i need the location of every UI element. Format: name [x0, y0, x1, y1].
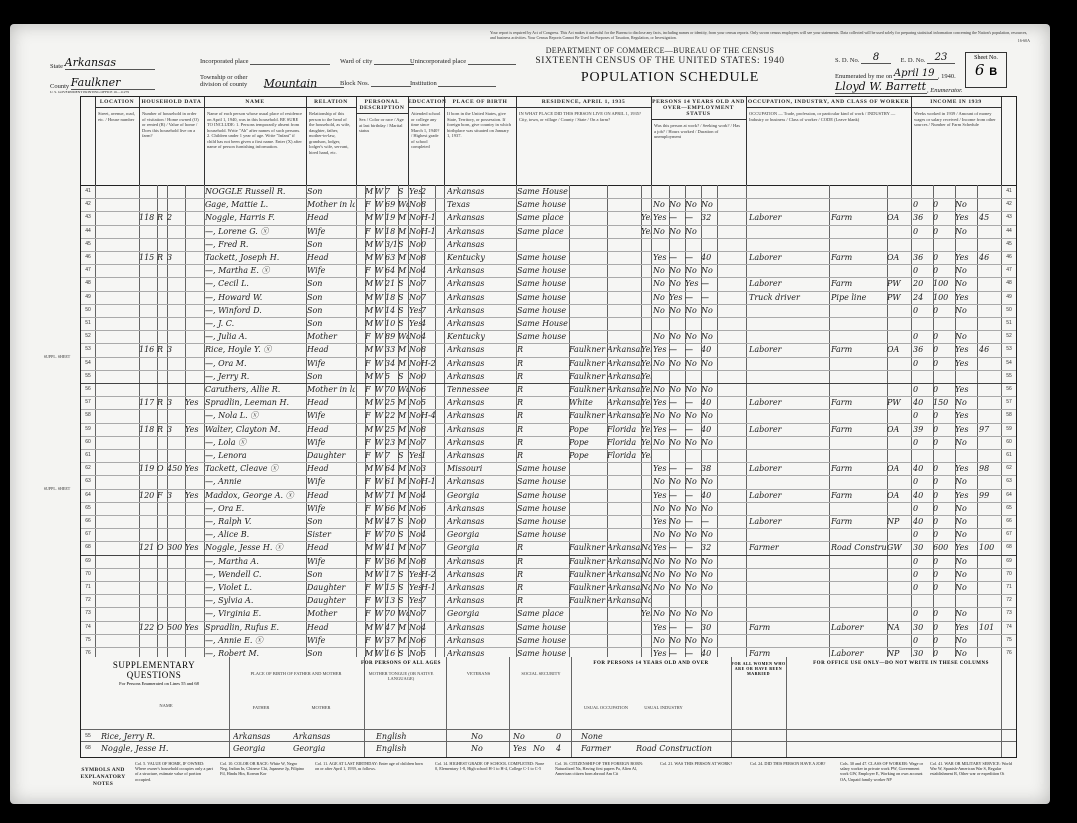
cell-industry [831, 238, 886, 251]
cell-own [157, 581, 167, 594]
cell-school: Yes [409, 581, 421, 594]
cell-other [955, 238, 977, 251]
cell-cls [887, 634, 909, 647]
cell-age: 36 [385, 555, 398, 568]
cell-age: 22 [385, 409, 398, 422]
cell-res-state [607, 211, 641, 224]
cell-res-city: Same house [517, 462, 569, 475]
unincorporated-field: Unincorporated place [410, 58, 516, 65]
cell-res-city: R [517, 343, 569, 356]
cell-cls [887, 330, 909, 343]
confidentiality-notice: Your report is required by Act of Congre… [490, 30, 1030, 40]
cell-own [157, 238, 167, 251]
cell-res-city [517, 238, 569, 251]
cell-other: No [955, 396, 977, 409]
cell-value [167, 277, 185, 290]
census-title: SIXTEENTH CENSUS OF THE UNITED STATES: 1… [510, 56, 810, 66]
suppl-sheet-note-55: SUPPL. SHEET [42, 354, 72, 359]
cell-occupation [749, 357, 829, 370]
cell-industry [831, 607, 886, 620]
cell-birthplace: Arkansas [447, 370, 513, 383]
table-row: 68121O300YesNoggle, Jesse H. ⓧHeadMW41MN… [81, 541, 1016, 555]
cell-race: W [375, 251, 385, 264]
table-row: 43118R2Noggle, Harris F.HeadMW19MNoH-1Ar… [81, 211, 1016, 225]
table-row: 41NOGGLE Russell R.SonMW7SYes2ArkansasSa… [81, 185, 1016, 199]
cell-occupation [749, 330, 829, 343]
cell-res-county: Faulkner [569, 370, 607, 383]
cell-school: No [409, 541, 421, 554]
cell-wages: 0 [933, 251, 955, 264]
cell-marital: S [398, 581, 408, 594]
enumerator-field: Lloyd W. Barrett, Enumerator. [835, 80, 963, 94]
cell-line: 52 [1002, 330, 1016, 343]
cell-hh: 120 [139, 489, 157, 502]
cell-hours: 40 [701, 489, 717, 502]
cell-wages: 150 [933, 396, 955, 409]
cell-hh [139, 555, 157, 568]
population-table: LOCATIONStreet, avenue, road, etc. / Hou… [80, 96, 1017, 658]
cell-farm-no [979, 607, 999, 620]
cell-relation: Wife [307, 475, 355, 488]
cell-res-city: Same house [517, 475, 569, 488]
cell-own: R [157, 423, 167, 436]
cell-res-state: Arkansas [607, 383, 641, 396]
cell-other: No [955, 330, 977, 343]
cell-seek: No [669, 383, 685, 396]
cell-farm-no: 100 [979, 541, 999, 554]
cell-marital: M [398, 436, 408, 449]
cell-line: 73 [1002, 607, 1016, 620]
cell-age: 34 [385, 357, 398, 370]
cell-res-farm [641, 291, 651, 304]
cell-race: W [375, 462, 385, 475]
cell-school: No [409, 555, 421, 568]
cell-industry [831, 370, 886, 383]
table-row: 66—, Ralph V.SonMW47SNo0ArkansasSame hou… [81, 515, 1016, 529]
cell-school: No [409, 634, 421, 647]
cell-birthplace: Missouri [447, 462, 513, 475]
cell-value [167, 330, 185, 343]
cell-hh: 121 [139, 541, 157, 554]
cell-line: 51 [81, 317, 95, 330]
col-household: HOUSEHOLD DATANumber of household in ord… [139, 97, 205, 185]
cell-own [157, 370, 167, 383]
cell-school: No [409, 462, 421, 475]
cell-at-work: No [653, 264, 669, 277]
cell-cls [887, 383, 909, 396]
cell-value: 3 [167, 396, 185, 409]
cell-grade: H-1 [421, 211, 435, 224]
cell-res-state: Arkansas [607, 581, 641, 594]
cell-farm-no [979, 594, 999, 607]
cell-farm-no [979, 370, 999, 383]
cell-hh [139, 225, 157, 238]
cell-farm-no: 45 [979, 211, 999, 224]
cell-race: W [375, 581, 385, 594]
table-row: 48—, Cecil L.SonMW21SNo7ArkansasSame hou… [81, 277, 1016, 291]
cell-res-farm [641, 634, 651, 647]
cell-farm-no [979, 502, 999, 515]
cell-other [955, 317, 977, 330]
cell-farm-no: 46 [979, 251, 999, 264]
cell-own [157, 594, 167, 607]
cell-relation: Son [307, 568, 355, 581]
cell-marital: M [398, 251, 408, 264]
cell-res-state [607, 251, 641, 264]
cell-hh [139, 607, 157, 620]
cell-seek [669, 185, 685, 198]
cell-grade: 6 [421, 634, 435, 647]
cell-farm [185, 251, 203, 264]
cell-age: 33 [385, 343, 398, 356]
cell-wages: 0 [933, 423, 955, 436]
cell-line: 64 [81, 489, 95, 502]
cell-res-city: Same house [517, 198, 569, 211]
cell-own [157, 436, 167, 449]
cell-hours: No [701, 528, 717, 541]
cell-age: 15 [385, 581, 398, 594]
cell-occupation [749, 449, 829, 462]
cell-sex: F [365, 330, 375, 343]
cell-seek: No [669, 581, 685, 594]
cell-other [955, 185, 977, 198]
cell-weeks: 40 [913, 489, 933, 502]
cell-hh: 119 [139, 462, 157, 475]
cell-cls: NA [887, 621, 909, 634]
cell-name: —, Wendell C. [205, 568, 305, 581]
cell-name: —, Nola L. ⓧ [205, 409, 305, 422]
cell-birthplace: Kentucky [447, 330, 513, 343]
cell-sex: M [365, 568, 375, 581]
form-number: 16-60A [1018, 38, 1030, 43]
cell-industry: Road Construction [831, 541, 886, 554]
cell-grade: 7 [421, 541, 435, 554]
cell-name: —, Martha E. ⓧ [205, 264, 305, 277]
table-row: 58—, Nola L. ⓧWifeFW22MNoH-4ArkansasRFau… [81, 409, 1016, 423]
cell-cls [887, 436, 909, 449]
cell-job: — [685, 541, 701, 554]
cell-line: 59 [81, 423, 95, 436]
cell-cls [887, 475, 909, 488]
cell-wages: 0 [933, 634, 955, 647]
cell-farm [185, 634, 203, 647]
cell-farm [185, 211, 203, 224]
cell-line: 50 [81, 304, 95, 317]
col-employment: PERSONS 14 YEARS OLD AND OVER—EMPLOYMENT… [651, 97, 747, 185]
cell-marital: M [398, 621, 408, 634]
cell-own [157, 304, 167, 317]
cell-school: No [409, 251, 421, 264]
cell-job: No [685, 330, 701, 343]
cell-relation: Head [307, 621, 355, 634]
cell-res-city: R [517, 423, 569, 436]
cell-line: 54 [1002, 357, 1016, 370]
cell-seek: No [669, 277, 685, 290]
cell-age: 10 [385, 317, 398, 330]
cell-res-farm: Yes [641, 383, 651, 396]
cell-wages: 0 [933, 436, 955, 449]
cell-relation: Son [307, 304, 355, 317]
cell-res-county [569, 238, 607, 251]
cell-occupation [749, 304, 829, 317]
cell-marital: S [398, 277, 408, 290]
column-headers: LOCATIONStreet, avenue, road, etc. / Hou… [81, 97, 1016, 186]
cell-farm-no [979, 634, 999, 647]
cell-industry [831, 634, 886, 647]
cell-line: 56 [1002, 383, 1016, 396]
cell-grade: 4 [421, 317, 435, 330]
cell-cls [887, 555, 909, 568]
cell-res-state [607, 304, 641, 317]
cell-at-work: No [653, 409, 669, 422]
cell-age: 13 [385, 594, 398, 607]
cell-occupation: Laborer [749, 277, 829, 290]
cell-race: W [375, 185, 385, 198]
cell-relation: Daughter [307, 581, 355, 594]
cell-occupation [749, 185, 829, 198]
cell-age: 18 [385, 225, 398, 238]
sheet-number: 6 [975, 61, 985, 79]
cell-own [157, 409, 167, 422]
cell-occupation [749, 555, 829, 568]
cell-farm: Yes [185, 489, 203, 502]
cell-at-work: Yes [653, 489, 669, 502]
cell-res-farm [641, 528, 651, 541]
cell-race: W [375, 304, 385, 317]
cell-res-county [569, 198, 607, 211]
cell-own: R [157, 343, 167, 356]
cell-line: 62 [81, 462, 95, 475]
cell-occupation: Truck driver [749, 291, 829, 304]
cell-occupation: Laborer [749, 423, 829, 436]
cell-hours: 40 [701, 423, 717, 436]
cell-industry: Farm [831, 515, 886, 528]
cell-industry [831, 198, 886, 211]
cell-own [157, 277, 167, 290]
cell-farm-no [979, 409, 999, 422]
cell-marital: M [398, 555, 408, 568]
cell-seek: No [669, 357, 685, 370]
cell-job: No [685, 607, 701, 620]
cell-hours: — [701, 515, 717, 528]
cell-relation: Daughter [307, 594, 355, 607]
cell-grade: 8 [421, 555, 435, 568]
cell-farm [185, 383, 203, 396]
cell-occupation: Laborer [749, 251, 829, 264]
cell-sex: M [365, 251, 375, 264]
cell-own [157, 607, 167, 620]
cell-relation: Daughter [307, 449, 355, 462]
cell-value [167, 528, 185, 541]
cell-value [167, 383, 185, 396]
cell-cls: NP [887, 515, 909, 528]
cell-race: W [375, 370, 385, 383]
cell-occupation [749, 528, 829, 541]
cell-farm [185, 277, 203, 290]
cell-weeks: 36 [913, 343, 933, 356]
cell-res-county: Faulkner [569, 594, 607, 607]
schedule-title: POPULATION SCHEDULE [570, 70, 770, 86]
cell-name: Maddox, George A. ⓧ [205, 489, 305, 502]
cell-job: No [685, 528, 701, 541]
cell-own [157, 225, 167, 238]
cell-industry: Farm [831, 211, 886, 224]
cell-school: No [409, 383, 421, 396]
cell-line: 73 [81, 607, 95, 620]
cell-farm-no [979, 475, 999, 488]
cell-value [167, 291, 185, 304]
cell-res-city: Same place [517, 607, 569, 620]
cell-race: W [375, 568, 385, 581]
cell-weeks: 0 [913, 383, 933, 396]
cell-at-work: Yes [653, 621, 669, 634]
cell-seek [669, 449, 685, 462]
cell-occupation [749, 370, 829, 383]
cell-sex: F [365, 383, 375, 396]
cell-value: 3 [167, 423, 185, 436]
cell-grade: 4 [421, 621, 435, 634]
cell-grade: H-2 [421, 357, 435, 370]
cell-race: W [375, 528, 385, 541]
cell-value [167, 607, 185, 620]
cell-occupation: Laborer [749, 462, 829, 475]
table-row: 62119O450YesTackett, Cleave ⓧHeadMW64MNo… [81, 462, 1016, 476]
cell-res-state: Arkansas [607, 541, 641, 554]
cell-res-state [607, 238, 641, 251]
table-row: 73—, Virginia E.MotherFW70WdNo7GeorgiaSa… [81, 607, 1016, 621]
cell-cls [887, 304, 909, 317]
cell-hh: 116 [139, 343, 157, 356]
cell-relation: Head [307, 396, 355, 409]
cell-own [157, 185, 167, 198]
cell-weeks: 0 [913, 528, 933, 541]
cell-marital: S [398, 370, 408, 383]
cell-weeks [913, 370, 933, 383]
cell-sex: M [365, 370, 375, 383]
cell-line: 43 [1002, 211, 1016, 224]
cell-sex: M [365, 185, 375, 198]
cell-grade: 0 [421, 238, 435, 251]
cell-birthplace: Arkansas [447, 594, 513, 607]
cell-farm-no [979, 264, 999, 277]
cell-age: 64 [385, 264, 398, 277]
cell-industry [831, 330, 886, 343]
cell-race: W [375, 409, 385, 422]
cell-res-state [607, 330, 641, 343]
cell-marital: Wd [398, 607, 408, 620]
cell-hours: 40 [701, 251, 717, 264]
cell-hours [701, 317, 717, 330]
cell-seek: No [669, 225, 685, 238]
cell-marital: M [398, 462, 408, 475]
cell-occupation [749, 225, 829, 238]
cell-hours [701, 594, 717, 607]
cell-grade: 4 [421, 264, 435, 277]
cell-job: — [685, 489, 701, 502]
cell-marital: M [398, 409, 408, 422]
cell-birthplace: Arkansas [447, 581, 513, 594]
cell-own [157, 330, 167, 343]
cell-job [685, 238, 701, 251]
cell-weeks: 0 [913, 225, 933, 238]
cell-res-state [607, 198, 641, 211]
cell-line: 68 [81, 541, 95, 554]
cell-grade: 4 [421, 330, 435, 343]
cell-grade: 7 [421, 291, 435, 304]
cell-school: No [409, 370, 421, 383]
cell-hours: No [701, 264, 717, 277]
cell-birthplace: Arkansas [447, 502, 513, 515]
cell-wages: 600 [933, 541, 955, 554]
cell-line: 72 [81, 594, 95, 607]
cell-res-state [607, 185, 641, 198]
cell-name: Rice, Hoyle Y. ⓧ [205, 343, 305, 356]
cell-job: No [685, 357, 701, 370]
cell-value [167, 515, 185, 528]
cell-hh [139, 370, 157, 383]
cell-job: — [685, 621, 701, 634]
cell-other: No [955, 607, 977, 620]
cell-hours: 40 [701, 396, 717, 409]
cell-name: —, Annie E. ⓧ [205, 634, 305, 647]
cell-name: Tackett, Joseph H. [205, 251, 305, 264]
cell-line: 62 [1002, 462, 1016, 475]
cell-job: No [685, 409, 701, 422]
cell-hours [701, 225, 717, 238]
cell-own [157, 264, 167, 277]
cell-farm-no [979, 568, 999, 581]
cell-weeks: 0 [913, 502, 933, 515]
col-education: EDUCATIONAttended school or college any … [408, 97, 445, 185]
cell-at-work [653, 449, 669, 462]
cell-weeks: 0 [913, 357, 933, 370]
cell-job [685, 185, 701, 198]
cell-seek [669, 594, 685, 607]
cell-sex: F [365, 449, 375, 462]
cell-weeks: 0 [913, 555, 933, 568]
cell-sex: F [365, 607, 375, 620]
cell-race: W [375, 436, 385, 449]
cell-job: — [685, 462, 701, 475]
cell-job: No [685, 581, 701, 594]
cell-at-work [653, 185, 669, 198]
cell-value: 300 [167, 541, 185, 554]
cell-industry [831, 357, 886, 370]
cell-birthplace: Arkansas [447, 396, 513, 409]
cell-line: 58 [1002, 409, 1016, 422]
cell-race: W [375, 594, 385, 607]
cell-res-city: R [517, 357, 569, 370]
table-row: 60—, Lola ⓧWifeFW23MNo7ArkansasRPopeFlor… [81, 436, 1016, 450]
cell-line: 70 [1002, 568, 1016, 581]
cell-school: No [409, 291, 421, 304]
cell-seek: No [669, 436, 685, 449]
cell-relation: Wife [307, 264, 355, 277]
cell-marital: S [398, 317, 408, 330]
cell-own [157, 502, 167, 515]
cell-grade: 8 [421, 198, 435, 211]
cell-wages: 0 [933, 607, 955, 620]
cell-sex: F [365, 409, 375, 422]
cell-marital: M [398, 225, 408, 238]
cell-cls [887, 225, 909, 238]
cell-line: 51 [1002, 317, 1016, 330]
printing-office: U. S. GOVERNMENT PRINTING OFFICE 16—1127… [50, 90, 129, 94]
cell-sex: M [365, 462, 375, 475]
cell-grade: 8 [421, 423, 435, 436]
cell-hh [139, 436, 157, 449]
cell-res-farm [641, 251, 651, 264]
